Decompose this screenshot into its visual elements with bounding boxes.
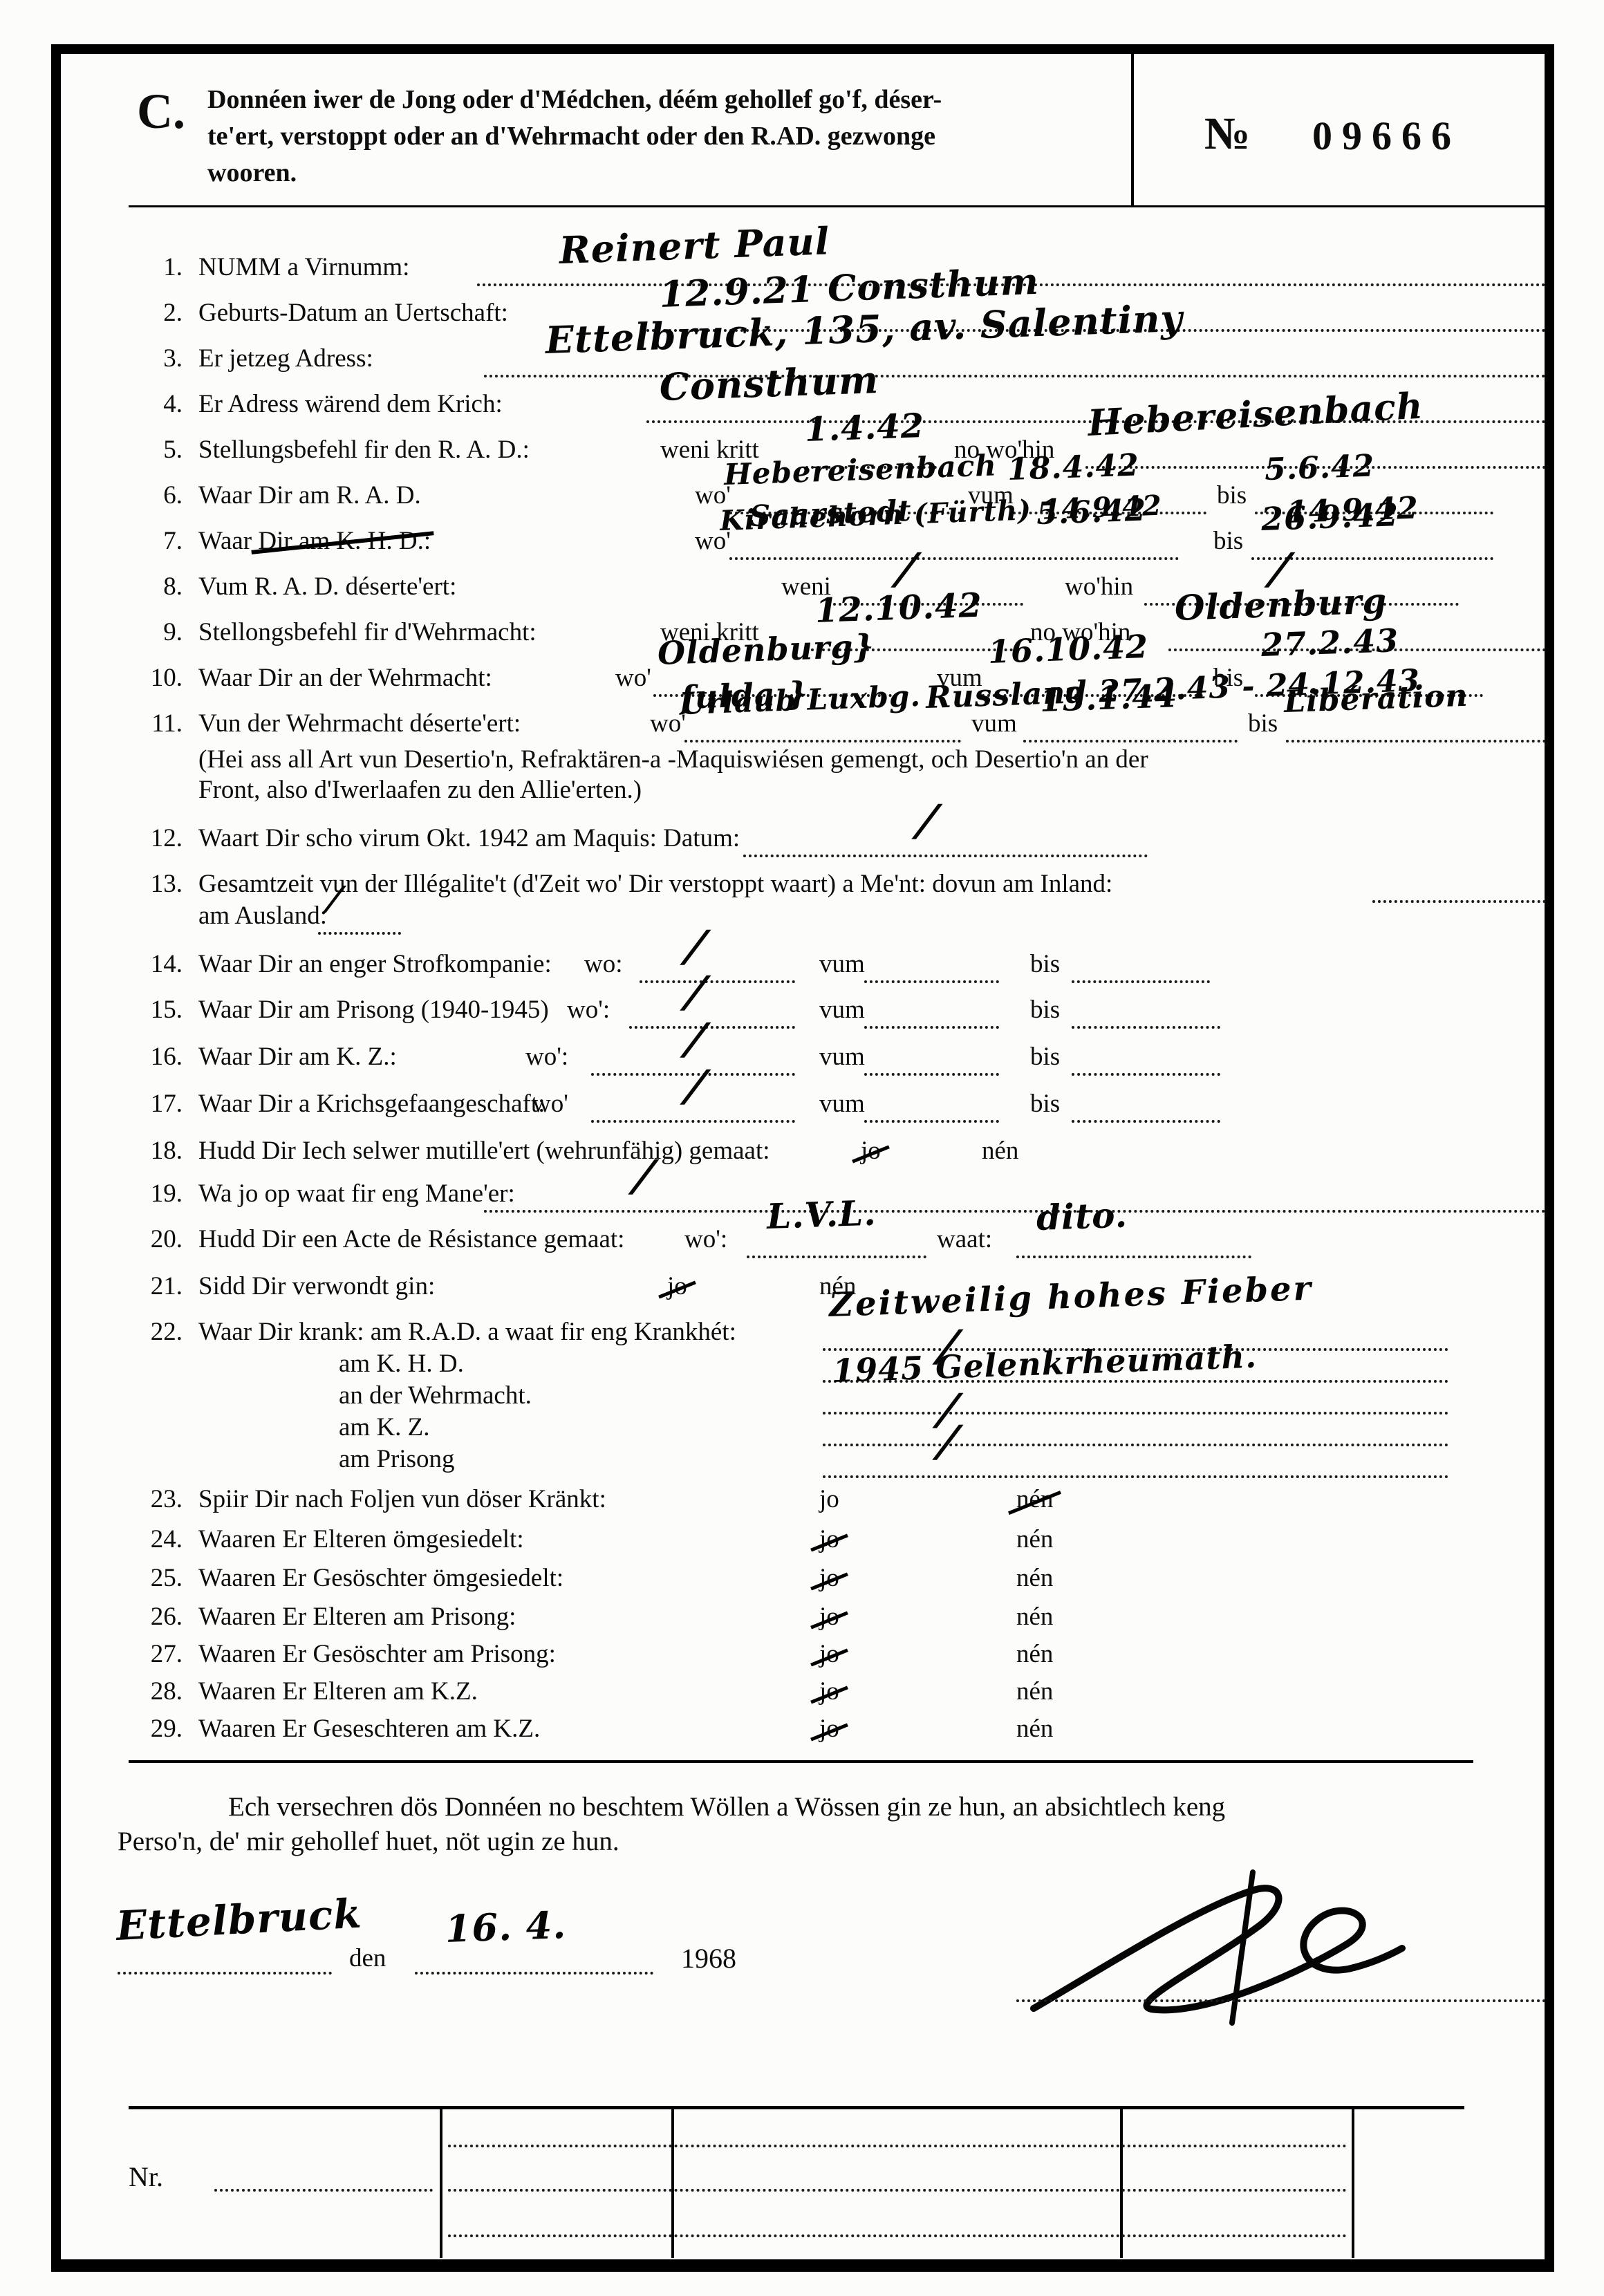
yes-option: jo: [667, 1272, 687, 1302]
handwritten-word: dito.: [1036, 1194, 1128, 1238]
no-option: nén: [1016, 1677, 1053, 1707]
crossed-no: nén: [1016, 1485, 1053, 1515]
item-number: 13.: [137, 870, 183, 899]
item-number: 10.: [137, 664, 183, 693]
item-label: Stellungsbefehl fir den R. A. D.:: [198, 436, 530, 465]
yes-option: jo: [819, 1603, 839, 1632]
item-number: 6.: [137, 481, 183, 511]
item-sublabel: an der Wehrmacht.: [339, 1381, 532, 1411]
item-label: Stellongsbefehl fir d'Wehrmacht:: [198, 618, 537, 648]
item-number: 4.: [137, 390, 183, 420]
crossed-out-label: Dir am K. H. D.: [258, 527, 423, 557]
signature-line: [1016, 1999, 1546, 2002]
nr-label: Nr.: [129, 2161, 163, 2193]
item-number: 14.: [137, 950, 183, 980]
item-label: Waar Dir am K. Z.:: [198, 1043, 397, 1072]
item-label: Sidd Dir verwondt gin:: [198, 1272, 435, 1302]
field-label: vum: [819, 1090, 865, 1119]
item-label: Hudd Dir een Acte de Résistance gemaat:: [198, 1225, 624, 1255]
field-label: bis: [1030, 996, 1060, 1025]
fill-line: [484, 375, 1546, 377]
field-label: wo'hin: [1065, 572, 1133, 602]
item-label: Er jetzeg Adress:: [198, 344, 373, 374]
fill-line: [823, 1444, 1448, 1446]
form-title: Donnéen iwer de Jong oder d'Médchen, déé…: [207, 82, 1127, 192]
crossed-yes: jo: [861, 1137, 881, 1166]
fill-line: [864, 1026, 999, 1029]
section-separator: [129, 1760, 1473, 1763]
field-label: wo':: [525, 1043, 568, 1072]
header-divider: [1131, 54, 1134, 207]
handwritten-place: Oldenburg}: [657, 627, 875, 672]
no-option: nén: [1016, 1640, 1053, 1670]
form-number-symbol: №: [1204, 108, 1250, 160]
fill-line: [864, 1120, 999, 1123]
fill-line: [415, 1972, 653, 1975]
item-number: 2.: [137, 299, 183, 328]
handwritten-date: 13.1.44: [1039, 677, 1178, 719]
handwritten-date: 16. 4.: [445, 1903, 567, 1951]
yes-option: jo: [819, 1715, 839, 1744]
field-label: bis: [1213, 527, 1243, 557]
field-label: vum: [971, 709, 1017, 739]
field-label: bis: [1248, 709, 1278, 739]
item-label: Waaren Er Gesöschter am Prisong:: [198, 1640, 556, 1670]
no-option: nén: [1016, 1485, 1053, 1515]
yes-option: jo: [819, 1564, 839, 1594]
crossed-yes: jo: [819, 1677, 839, 1707]
declaration-line: Ech versechren dös Donnéen no beschtem W…: [228, 1792, 1225, 1823]
field-label: vum: [819, 950, 865, 980]
handwritten-date: 5.6.42: [1264, 448, 1375, 487]
item-number: 12.: [137, 824, 183, 854]
fill-line: [118, 1972, 332, 1975]
crossed-yes: jo: [819, 1715, 839, 1744]
form-number-value: 09666: [1312, 113, 1461, 160]
item-sublabel: am Prisong: [339, 1445, 455, 1475]
no-option: nén: [1016, 1715, 1053, 1744]
field-label: bis: [1217, 481, 1247, 511]
year-label: 1968: [681, 1943, 736, 1975]
item-number: 15.: [137, 996, 183, 1025]
fill-line: [214, 2189, 433, 2192]
fill-line: [823, 1412, 1448, 1415]
field-label: wo':: [684, 1225, 727, 1255]
item-label: Waaren Er Gesöschter ömgesiedelt:: [198, 1564, 563, 1594]
item-number: 1.: [137, 253, 183, 283]
handwritten-name: Reinert Paul: [559, 218, 830, 272]
footer-table-top-border: [129, 2106, 1464, 2109]
item-number: 28.: [137, 1677, 183, 1707]
footer-table-fill-line: [448, 2189, 1347, 2192]
field-label: wo': [532, 1090, 568, 1119]
handwritten-date: 26.9.42: [1260, 496, 1399, 538]
handwritten-org: L.V.L.: [766, 1193, 877, 1237]
footer-table-column-line: [1352, 2106, 1354, 2258]
fill-line: [629, 1026, 795, 1029]
fill-line: [1072, 1120, 1220, 1123]
fill-line: [640, 980, 795, 983]
handwritten-date: 16.10.42: [987, 628, 1149, 671]
form-title-line: Donnéen iwer de Jong oder d'Médchen, déé…: [207, 82, 1127, 118]
footer-table-column-line: [440, 2106, 442, 2258]
item-label: Vun der Wehrmacht déserte'ert:: [198, 709, 521, 739]
field-label: bis: [1030, 1043, 1060, 1072]
item-number: 3.: [137, 344, 183, 374]
handwritten-war-address: Consthum: [659, 357, 879, 409]
item-number: 22.: [137, 1318, 183, 1347]
item-label: Waar Dir krank: am R.A.D. a waat fir eng…: [198, 1318, 736, 1347]
handwritten-date: 18.4.42: [1007, 447, 1139, 487]
field-label: bis: [1030, 950, 1060, 980]
item-label-part: Waar: [198, 527, 258, 555]
fill-line: [484, 1210, 1546, 1213]
item-label: Wa jo op waat fir eng Mane'er:: [198, 1179, 515, 1209]
fill-line: [729, 557, 1179, 560]
fill-line: [743, 855, 1148, 857]
item-label: Waar Dir a Krichsgefaangeschaft:: [198, 1090, 545, 1119]
fill-line: [823, 1475, 1448, 1478]
fill-line: [318, 932, 401, 935]
item-number: 27.: [137, 1640, 183, 1670]
declaration-line: Perso'n, de' mir gehollef huet, nöt ugin…: [118, 1827, 619, 1858]
item-number: 18.: [137, 1137, 183, 1166]
no-option: nén: [1016, 1525, 1053, 1555]
crossed-yes: jo: [819, 1603, 839, 1632]
item-sublabel: am K. H. D.: [339, 1350, 464, 1379]
field-label: wo:: [584, 950, 623, 980]
section-letter: C.: [137, 83, 185, 140]
crossed-yes: jo: [819, 1640, 839, 1670]
fill-line: [1372, 900, 1546, 903]
fill-line: [591, 1120, 795, 1123]
item-sublabel: am K. Z.: [339, 1413, 430, 1443]
fill-line: [684, 740, 961, 743]
item-number: 19.: [137, 1179, 183, 1209]
field-label: wo':: [567, 996, 610, 1025]
handwritten-date: 27.2.43: [1260, 622, 1399, 664]
field-label: vum: [819, 1043, 865, 1072]
item-label: Waar Dir an enger Strofkompanie:: [198, 950, 552, 980]
fill-line: [864, 980, 999, 983]
handwritten-date: 1.4.42: [804, 407, 925, 449]
item-label: Geburts-Datum an Uertschaft:: [198, 299, 508, 328]
item-number: 11.: [137, 709, 183, 739]
no-option: nén: [1016, 1603, 1053, 1632]
handwritten-date: 12.10.42: [814, 586, 983, 631]
fill-line: [1072, 980, 1210, 983]
footer-table-fill-line: [448, 2234, 1347, 2237]
item-number: 7.: [137, 527, 183, 557]
item-number: 24.: [137, 1525, 183, 1555]
item-label: Waar Dir an der Wehrmacht:: [198, 664, 492, 693]
item-note: (Hei ass all Art vun Desertio'n, Refrakt…: [198, 745, 1148, 775]
fill-line: [1023, 740, 1238, 743]
item-label: Waaren Er Elteren am K.Z.: [198, 1677, 478, 1707]
item-label: NUMM a Virnumm:: [198, 253, 409, 283]
item-number: 20.: [137, 1225, 183, 1255]
item-label: Waaren Er Elteren am Prisong:: [198, 1603, 516, 1632]
item-number: 5.: [137, 436, 183, 465]
yes-option: jo: [819, 1485, 839, 1515]
fill-line: [1072, 1026, 1220, 1029]
fill-line: [1072, 1073, 1220, 1076]
item-number: 23.: [137, 1485, 183, 1515]
no-option: nén: [1016, 1564, 1053, 1594]
fill-line: [747, 1256, 926, 1258]
item-label: Spiir Dir nach Foljen vun döser Kränkt:: [198, 1485, 606, 1515]
item-label: Waaren Er Geseschteren am K.Z.: [198, 1715, 540, 1744]
yes-option: jo: [819, 1525, 839, 1555]
scanned-form-page: C. Donnéen iwer de Jong oder d'Médchen, …: [0, 0, 1604, 2296]
yes-option: jo: [861, 1137, 881, 1166]
field-label: waat:: [937, 1225, 992, 1255]
item-note: Front, also d'Iwerlaafen zu den Allie'er…: [198, 776, 642, 805]
form-title-line: wooren.: [207, 155, 1127, 192]
item-number: 9.: [137, 618, 183, 648]
item-label: Waart Dir scho virum Okt. 1942 am Maquis…: [198, 824, 740, 854]
fill-line: [864, 1073, 999, 1076]
field-label: wo': [615, 664, 651, 693]
item-number: 16.: [137, 1043, 183, 1072]
date-label: den: [349, 1944, 386, 1974]
footer-table-fill-line: [448, 2145, 1347, 2147]
field-label: bis: [1030, 1090, 1060, 1119]
field-label: vum: [819, 996, 865, 1025]
header-underline: [129, 205, 1546, 207]
item-number: 25.: [137, 1564, 183, 1594]
item-label: am Ausland:: [198, 902, 327, 931]
crossed-yes: jo: [819, 1564, 839, 1594]
item-label: Waar Dir am R. A. D.: [198, 481, 421, 511]
item-label: Waaren Er Elteren ömgesiedelt:: [198, 1525, 524, 1555]
item-label: Waar Dir am K. H. D.:: [198, 527, 431, 557]
form-title-line: te'ert, verstoppt oder an d'Wehrmacht od…: [207, 118, 1127, 155]
yes-option: jo: [819, 1640, 839, 1670]
item-number: 21.: [137, 1272, 183, 1302]
item-number: 29.: [137, 1715, 183, 1744]
item-number: 17.: [137, 1090, 183, 1119]
item-number: 8.: [137, 572, 183, 602]
no-option: nén: [982, 1137, 1018, 1166]
item-label: Hudd Dir Iech selwer mutille'ert (wehrun…: [198, 1137, 770, 1166]
crossed-yes: jo: [819, 1525, 839, 1555]
handwritten-word: Libération: [1283, 678, 1468, 720]
fill-line: [1286, 740, 1546, 743]
item-label: Waar Dir am Prisong (1940-1945): [198, 996, 549, 1025]
fill-line: [1016, 1256, 1251, 1258]
item-label: Vum R. A. D. déserte'ert:: [198, 572, 456, 602]
crossed-yes: jo: [667, 1272, 687, 1302]
item-number: 26.: [137, 1603, 183, 1632]
yes-option: jo: [819, 1677, 839, 1707]
handwritten-place: Oldenburg: [1174, 580, 1388, 628]
item-label: Er Adress wärend dem Krich:: [198, 390, 503, 420]
